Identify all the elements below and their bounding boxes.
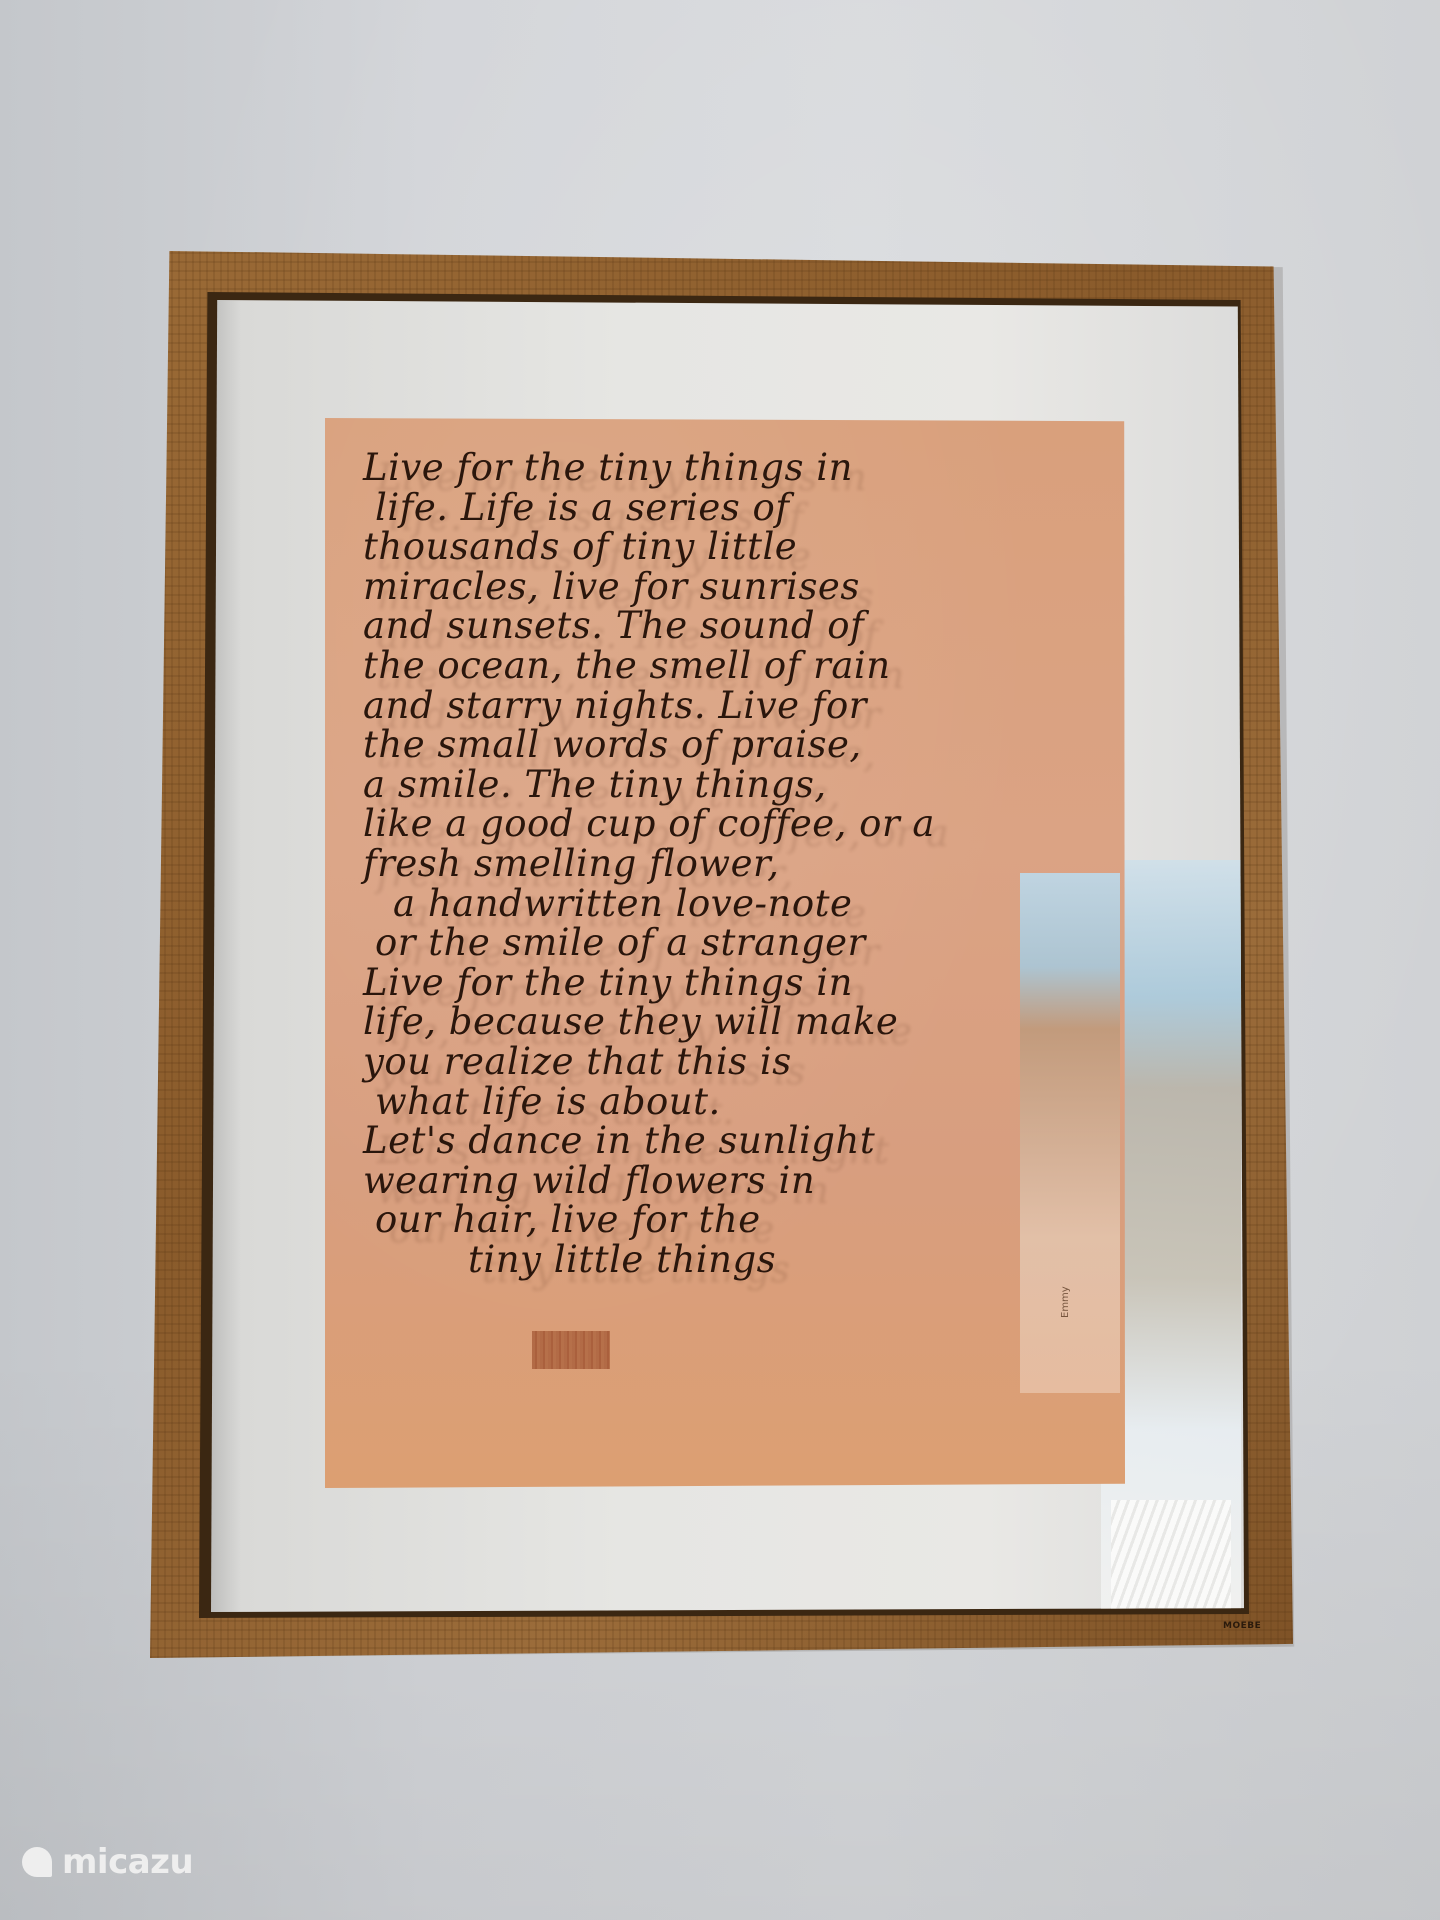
poem-line: the small words of praise, [363,725,1093,765]
tape-strip [532,1331,610,1369]
poem-line: like a good cup of coffee, or a [363,804,1093,844]
poem-line: or the smile of a stranger [363,923,1093,963]
artist-signature: Emmy [1060,1286,1071,1318]
poem-line: a smile. The tiny things, [363,765,1093,805]
poem-line: miracles, live for sunrises [363,567,1093,607]
poem-line: a handwritten love-note [363,884,1093,924]
poem-line: tiny little things [363,1240,1093,1280]
frame-brand-label: MOEBE [1223,1621,1261,1631]
sunlight-reflection [1111,1500,1231,1610]
speech-bubble-logo-icon [22,1847,52,1877]
poem-line: and starry nights. Live for [363,686,1093,726]
poem-line: life, because they will make [363,1002,1093,1042]
poem-line: fresh smelling flower, [363,844,1093,884]
poem-line: wearing wild flowers in [363,1161,1093,1201]
poem-line: life. Life is a series of [363,488,1093,528]
poem-line: what life is about. [363,1082,1093,1122]
poem-line: and sunsets. The sound of [363,606,1093,646]
poem-line: Live for the tiny things in [363,963,1093,1003]
handwritten-poem: Live for the tiny things in life. Life i… [363,448,1093,1279]
watermark: micazu [22,1842,193,1882]
watermark-text: micazu [62,1842,193,1882]
poem-line: Let's dance in the sunlight [363,1121,1093,1161]
poem-line: Live for the tiny things in [363,448,1093,488]
poem-print: Live for the tiny things in life. Life i… [325,418,1125,1488]
poem-line: our hair, live for the [363,1200,1093,1240]
poem-line: the ocean, the smell of rain [363,646,1093,686]
poem-line: thousands of tiny little [363,527,1093,567]
poem-line: you realize that this is [363,1042,1093,1082]
